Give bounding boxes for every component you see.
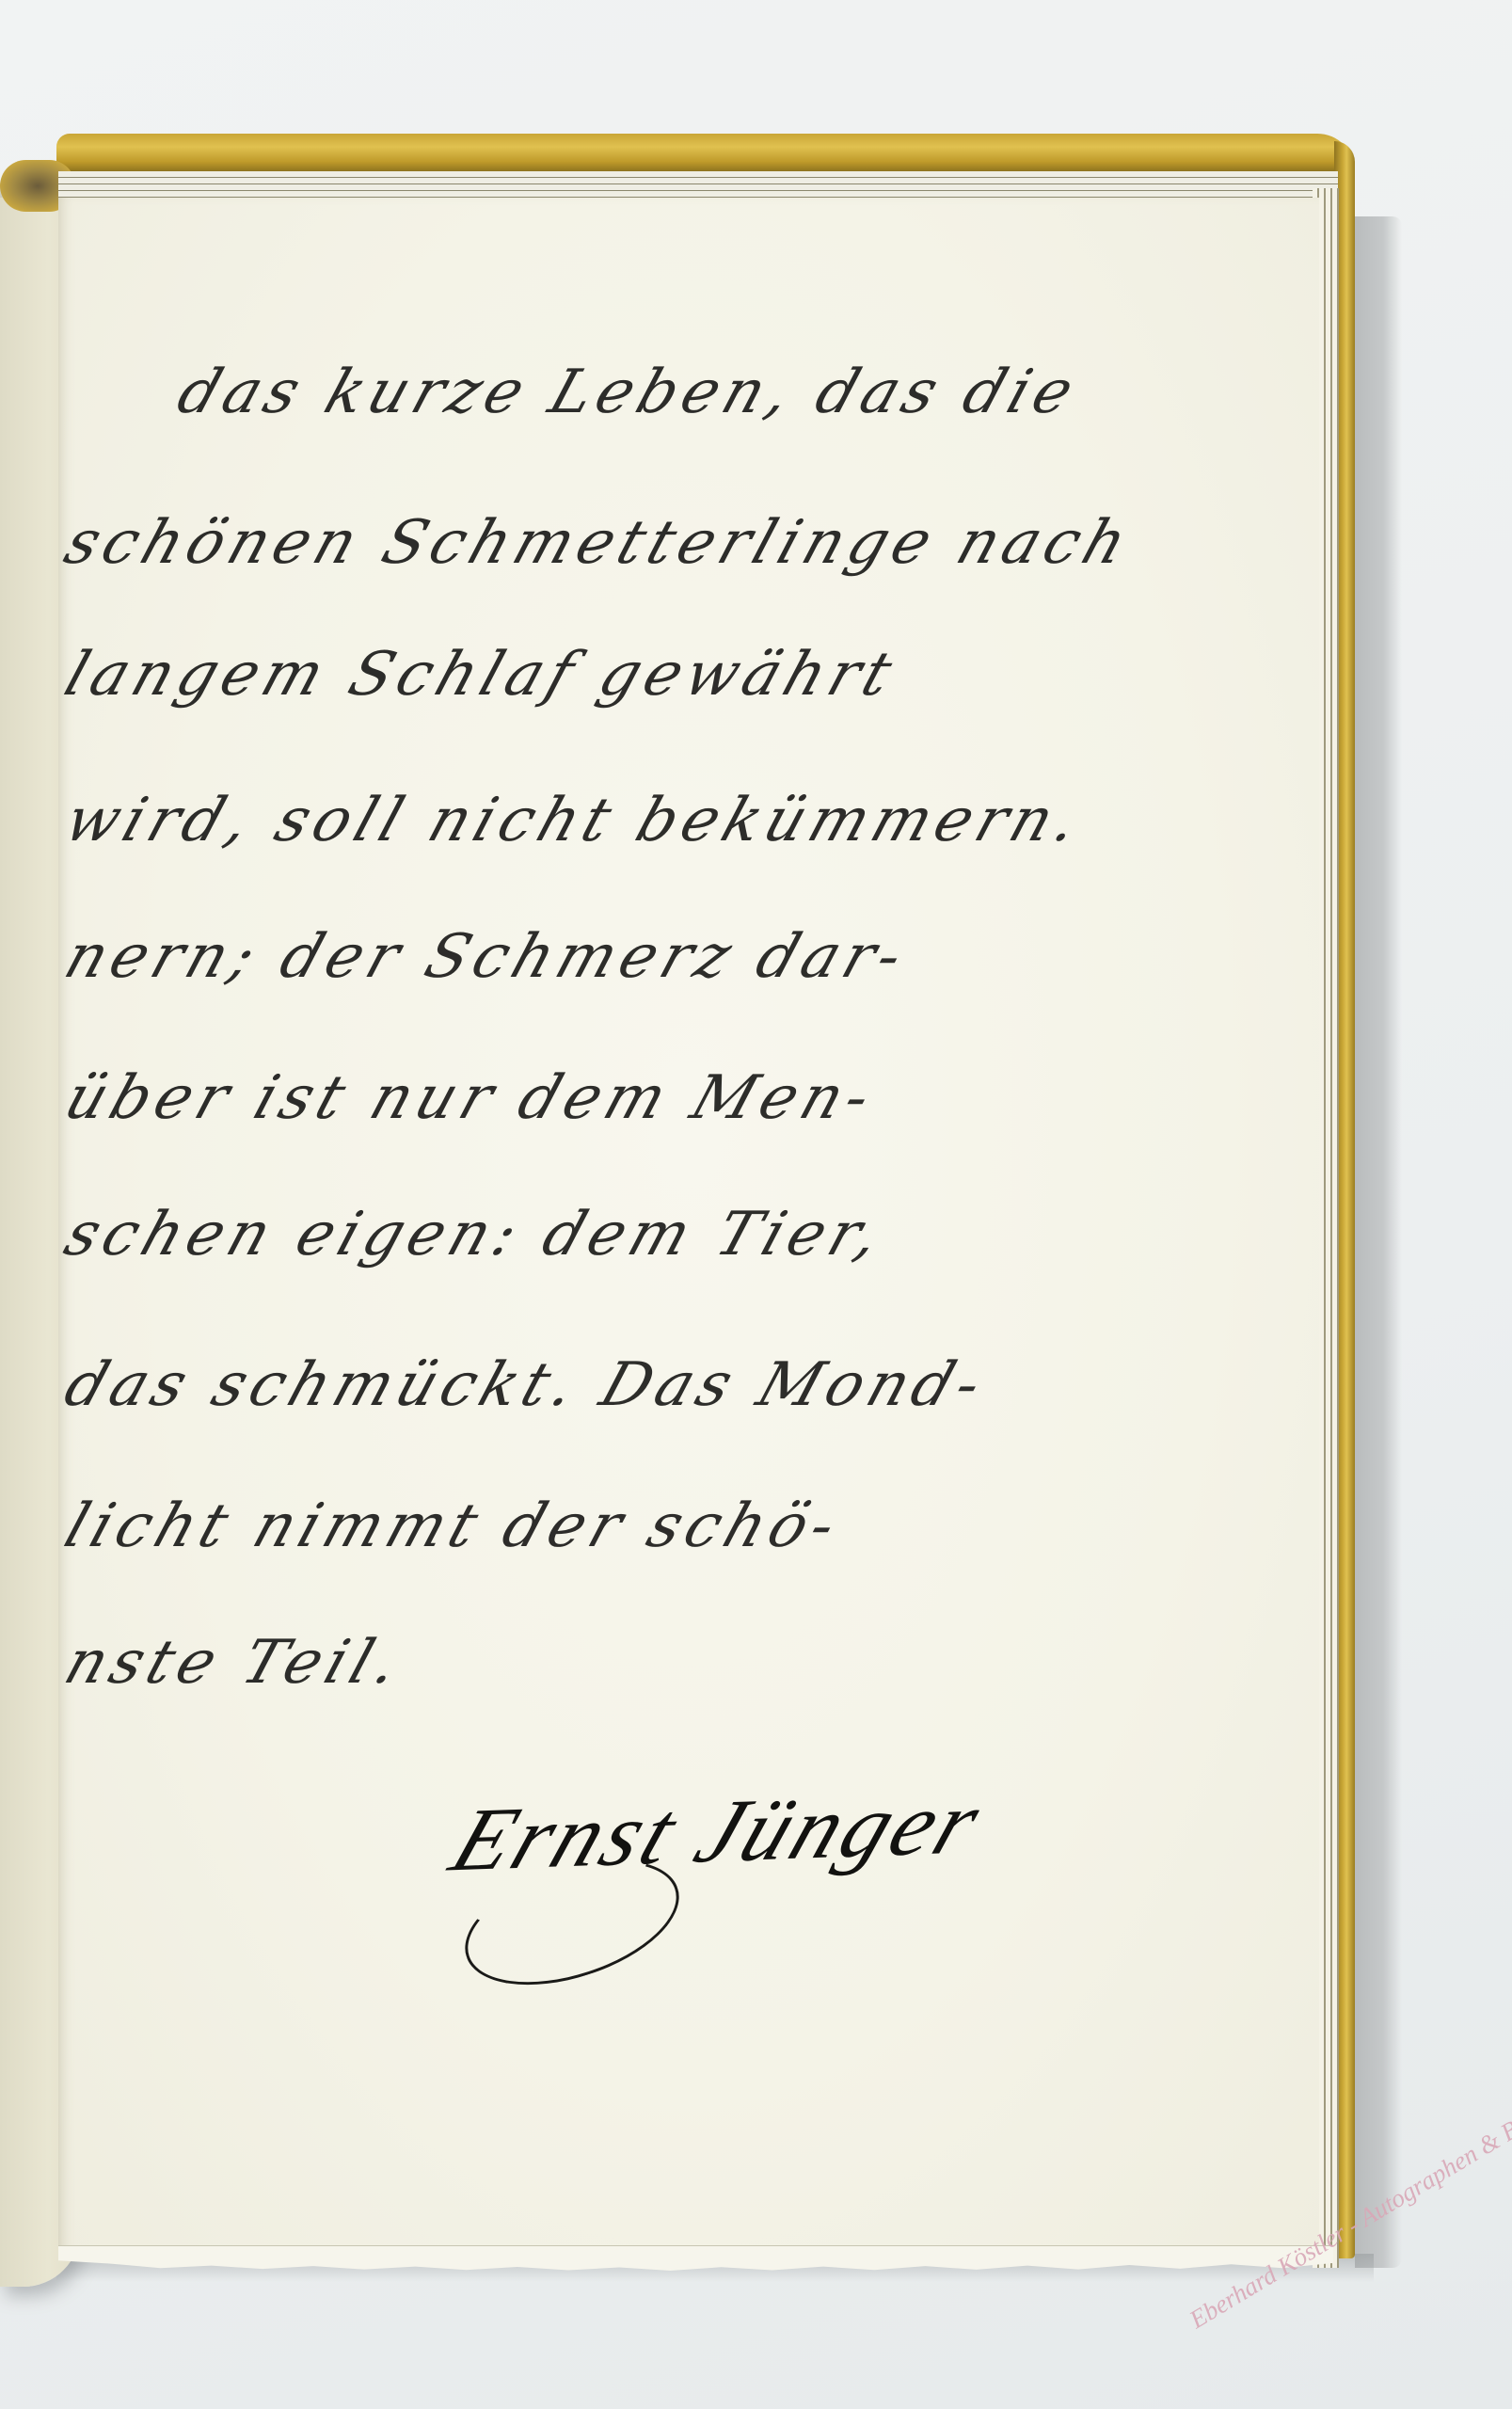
- text-line: das schmückt. Das Mond-: [56, 1350, 995, 1420]
- text-line: licht nimmt der schö-: [56, 1492, 850, 1561]
- text-line: nern; der Schmerz dar-: [56, 922, 916, 992]
- text-line: das kurze Leben, das die: [169, 358, 1088, 427]
- text-line: wird, soll nicht bekümmern.: [56, 786, 1092, 855]
- handwritten-text: das kurze Leben, das die schönen Schmett…: [58, 198, 1319, 2257]
- text-line: schen eigen: dem Tier,: [56, 1200, 895, 1269]
- manuscript-page: das kurze Leben, das die schönen Schmett…: [58, 198, 1319, 2257]
- signature: Ernst Jünger: [438, 1769, 998, 1891]
- gilt-top-edge: [56, 134, 1355, 171]
- page-shadow-right: [1355, 216, 1402, 2268]
- text-line: langem Schlaf gewährt: [56, 640, 906, 710]
- text-line: schönen Schmetterlinge nach: [56, 508, 1140, 578]
- text-line: nste Teil.: [56, 1628, 413, 1698]
- text-line: über ist nur dem Men-: [56, 1063, 884, 1133]
